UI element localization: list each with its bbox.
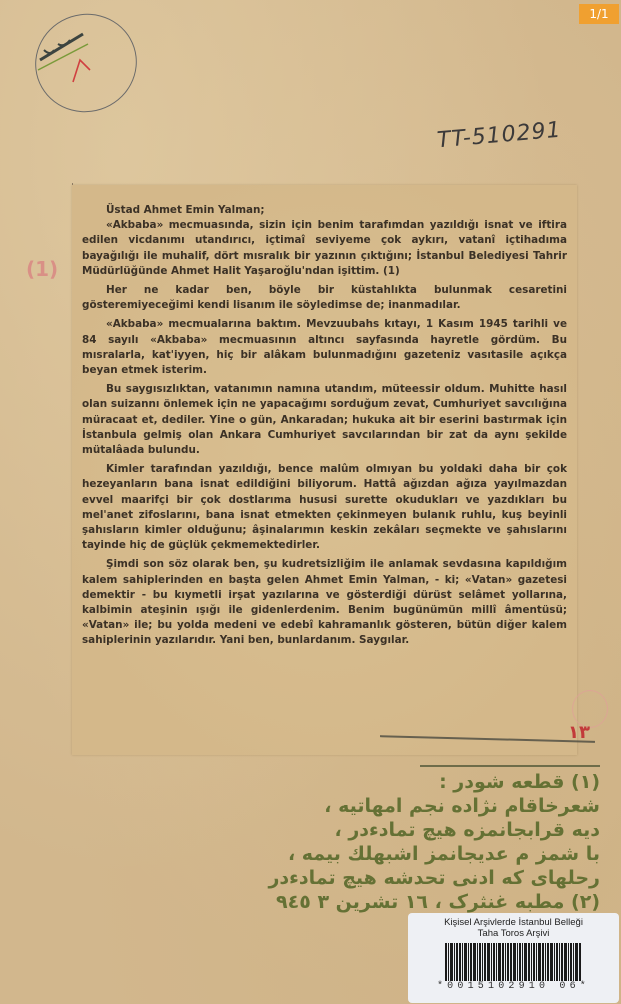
handwritten-ottoman-note: (١) قطعه شودر : شعرخاقام نژاده نجم امهات… xyxy=(135,770,600,905)
handwritten-line: شعرخاقام نژاده نجم امهاتیه ، xyxy=(135,794,600,818)
clipping-paragraph: Her ne kadar ben, böyle bir küstahlıkta … xyxy=(82,283,567,313)
barcode-icon xyxy=(416,943,611,981)
clipping-paragraph: Bu saygısızlıktan, vatanımın namına utan… xyxy=(82,382,567,458)
archive-label-subtitle: Taha Toros Arşivi xyxy=(408,928,619,939)
handwritten-line: دیه قرابجانمزه هیچ تمادءدر ، xyxy=(135,818,600,842)
handwritten-line: رحلهای که ادنی تحدشه هیچ تمادءدر xyxy=(135,866,600,890)
page-indicator[interactable]: 1/1 xyxy=(579,4,619,24)
newspaper-clipping: Üstad Ahmet Emin Yalman; «Akbaba» mecmua… xyxy=(72,185,577,755)
clipping-paragraph: Şimdi son söz olarak ben, şu kudretsizli… xyxy=(82,557,567,648)
clipping-text: Üstad Ahmet Emin Yalman; «Akbaba» mecmua… xyxy=(82,203,567,653)
handwritten-rule xyxy=(420,765,600,767)
clipping-salutation: Üstad Ahmet Emin Yalman; xyxy=(82,203,567,218)
clipping-paragraph: «Akbaba» mecmualarına baktım. Mevzuubahs… xyxy=(82,317,567,378)
archive-reference-number: TT-510291 xyxy=(436,118,562,154)
handwritten-line: (١) قطعه شودر : xyxy=(135,770,600,794)
left-margin-red-mark: (1) xyxy=(26,257,58,281)
archive-label: Kişisel Arşivlerde İstanbul Belleği Taha… xyxy=(408,913,619,1003)
archive-label-title: Kişisel Arşivlerde İstanbul Belleği xyxy=(408,917,619,928)
right-margin-red-mark: ١٣ xyxy=(568,722,590,743)
clipping-paragraph: «Akbaba» mecmuasında, sizin için benim t… xyxy=(82,218,567,279)
handwritten-line: (٢) مطبه غنثرک ، ١٦ تشرين ٣ ٩٤٥ xyxy=(135,890,600,914)
handwritten-line: با شمز م عدیجانمز اشبهلك بیمه ، xyxy=(135,842,600,866)
barcode-number: *0015102910 06* xyxy=(408,981,619,992)
clipping-paragraph: Kimler tarafından yazıldığı, bence malûm… xyxy=(82,462,567,553)
crossed-out-scribble-icon xyxy=(28,20,98,90)
